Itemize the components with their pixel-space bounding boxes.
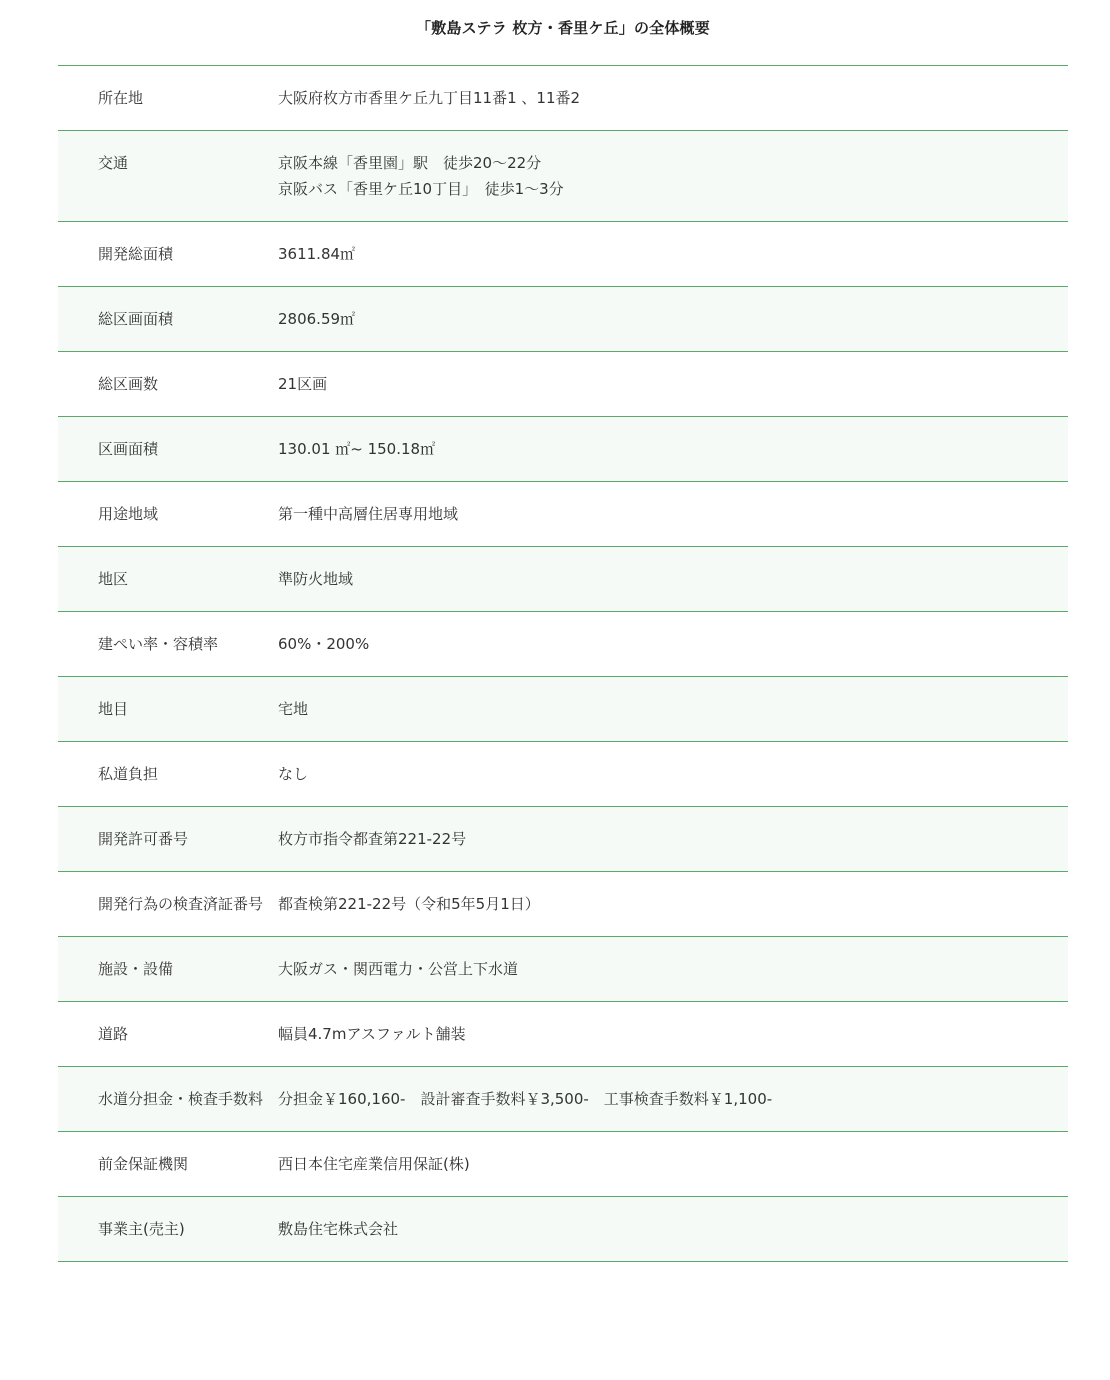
row-value-cell: 大阪府枚方市香里ケ丘九丁目11番1 、11番2 — [278, 66, 1068, 130]
row-label: 区画面積 — [98, 436, 263, 462]
row-label: 建ぺい率・容積率 — [98, 631, 263, 657]
row-value: 西日本住宅産業信用保証(株) — [278, 1151, 1068, 1177]
row-value-cell: なし — [278, 742, 1068, 806]
row-value-cell: 60%・200% — [278, 612, 1068, 676]
row-label: 開発許可番号 — [98, 826, 263, 852]
row-label-cell: 開発行為の検査済証番号 — [58, 872, 278, 936]
table-row: 交通京阪本線「香里園」駅 徒歩20〜22分京阪バス「香里ケ丘10丁目」 徒歩1〜… — [58, 131, 1068, 222]
row-value: 2806.59㎡ — [278, 306, 1068, 332]
row-value: 枚方市指令都査第221-22号 — [278, 826, 1068, 852]
table-row: 地区準防火地域 — [58, 547, 1068, 612]
row-label-cell: 総区画面積 — [58, 287, 278, 351]
row-value: 60%・200% — [278, 631, 1068, 657]
row-value-cell: 21区画 — [278, 352, 1068, 416]
row-value: なし — [278, 761, 1068, 787]
table-row: 前金保証機関西日本住宅産業信用保証(株) — [58, 1132, 1068, 1197]
row-value: 21区画 — [278, 371, 1068, 397]
row-label-cell: 所在地 — [58, 66, 278, 130]
row-label-cell: 開発許可番号 — [58, 807, 278, 871]
row-value-cell: 枚方市指令都査第221-22号 — [278, 807, 1068, 871]
table-row: 総区画数21区画 — [58, 352, 1068, 417]
row-label-cell: 事業主(売主) — [58, 1197, 278, 1261]
table-row: 道路幅員4.7mアスファルト舗装 — [58, 1002, 1068, 1067]
row-label-cell: 施設・設備 — [58, 937, 278, 1001]
table-row: 私道負担なし — [58, 742, 1068, 807]
row-label-cell: 建ぺい率・容積率 — [58, 612, 278, 676]
row-label-cell: 交通 — [58, 131, 278, 221]
row-value: 3611.84㎡ — [278, 241, 1068, 267]
row-label: 所在地 — [98, 85, 263, 111]
row-label: 事業主(売主) — [98, 1216, 263, 1242]
row-label: 開発総面積 — [98, 241, 263, 267]
row-value-cell: 130.01 ㎡~ 150.18㎡ — [278, 417, 1068, 481]
row-value: 幅員4.7mアスファルト舗装 — [278, 1021, 1068, 1047]
page-title: 「敷島ステラ 枚方・香里ケ丘」の全体概要 — [0, 17, 1110, 38]
row-label: 地区 — [98, 566, 263, 592]
row-label-cell: 地目 — [58, 677, 278, 741]
row-value-cell: 分担金￥160,160- 設計審査手数料￥3,500- 工事検査手数料￥1,10… — [278, 1067, 1068, 1131]
row-label: 前金保証機関 — [98, 1151, 263, 1177]
row-value: 宅地 — [278, 696, 1068, 722]
row-value: 130.01 ㎡~ 150.18㎡ — [278, 436, 1068, 462]
row-value-cell: 都査検第221-22号（令和5年5月1日） — [278, 872, 1068, 936]
row-label-cell: 区画面積 — [58, 417, 278, 481]
row-value: 都査検第221-22号（令和5年5月1日） — [278, 891, 1068, 917]
row-value: 大阪府枚方市香里ケ丘九丁目11番1 、11番2 — [278, 85, 1068, 111]
row-label: 総区画数 — [98, 371, 263, 397]
table-row: 開発許可番号枚方市指令都査第221-22号 — [58, 807, 1068, 872]
row-value-cell: 宅地 — [278, 677, 1068, 741]
row-value-cell: 3611.84㎡ — [278, 222, 1068, 286]
table-row: 開発行為の検査済証番号都査検第221-22号（令和5年5月1日） — [58, 872, 1068, 937]
row-value-cell: 準防火地域 — [278, 547, 1068, 611]
row-label: 地目 — [98, 696, 263, 722]
row-value-cell: 幅員4.7mアスファルト舗装 — [278, 1002, 1068, 1066]
row-value-cell: 西日本住宅産業信用保証(株) — [278, 1132, 1068, 1196]
row-value-cell: 第一種中高層住居専用地域 — [278, 482, 1068, 546]
row-value: 分担金￥160,160- 設計審査手数料￥3,500- 工事検査手数料￥1,10… — [278, 1086, 1068, 1112]
table-row: 建ぺい率・容積率60%・200% — [58, 612, 1068, 677]
overview-table: 所在地大阪府枚方市香里ケ丘九丁目11番1 、11番2交通京阪本線「香里園」駅 徒… — [58, 65, 1068, 1262]
row-value: 京阪本線「香里園」駅 徒歩20〜22分 — [278, 150, 1068, 176]
row-value: 大阪ガス・関西電力・公営上下水道 — [278, 956, 1068, 982]
table-row: 地目宅地 — [58, 677, 1068, 742]
table-row: 所在地大阪府枚方市香里ケ丘九丁目11番1 、11番2 — [58, 66, 1068, 131]
row-label-cell: 開発総面積 — [58, 222, 278, 286]
row-label-cell: 道路 — [58, 1002, 278, 1066]
row-label-cell: 前金保証機関 — [58, 1132, 278, 1196]
row-value-cell: 大阪ガス・関西電力・公営上下水道 — [278, 937, 1068, 1001]
row-label-cell: 私道負担 — [58, 742, 278, 806]
row-value: 敷島住宅株式会社 — [278, 1216, 1068, 1242]
row-label: 道路 — [98, 1021, 263, 1047]
table-row: 区画面積130.01 ㎡~ 150.18㎡ — [58, 417, 1068, 482]
row-label-cell: 用途地域 — [58, 482, 278, 546]
row-label: 水道分担金・検査手数料 — [98, 1086, 263, 1112]
row-value: 京阪バス「香里ケ丘10丁目」 徒歩1〜3分 — [278, 176, 1068, 202]
row-value: 準防火地域 — [278, 566, 1068, 592]
row-label-cell: 地区 — [58, 547, 278, 611]
table-row: 施設・設備大阪ガス・関西電力・公営上下水道 — [58, 937, 1068, 1002]
table-row: 事業主(売主)敷島住宅株式会社 — [58, 1197, 1068, 1262]
row-label: 用途地域 — [98, 501, 263, 527]
row-label-cell: 水道分担金・検査手数料 — [58, 1067, 278, 1131]
table-row: 水道分担金・検査手数料分担金￥160,160- 設計審査手数料￥3,500- 工… — [58, 1067, 1068, 1132]
row-label: 総区画面積 — [98, 306, 263, 332]
row-label: 私道負担 — [98, 761, 263, 787]
row-value-cell: 2806.59㎡ — [278, 287, 1068, 351]
row-value: 第一種中高層住居専用地域 — [278, 501, 1068, 527]
row-label: 開発行為の検査済証番号 — [98, 891, 263, 917]
table-row: 開発総面積3611.84㎡ — [58, 222, 1068, 287]
row-value-cell: 京阪本線「香里園」駅 徒歩20〜22分京阪バス「香里ケ丘10丁目」 徒歩1〜3分 — [278, 131, 1068, 221]
row-value-cell: 敷島住宅株式会社 — [278, 1197, 1068, 1261]
table-row: 総区画面積2806.59㎡ — [58, 287, 1068, 352]
row-label: 交通 — [98, 150, 263, 176]
table-row: 用途地域第一種中高層住居専用地域 — [58, 482, 1068, 547]
row-label-cell: 総区画数 — [58, 352, 278, 416]
row-label: 施設・設備 — [98, 956, 263, 982]
